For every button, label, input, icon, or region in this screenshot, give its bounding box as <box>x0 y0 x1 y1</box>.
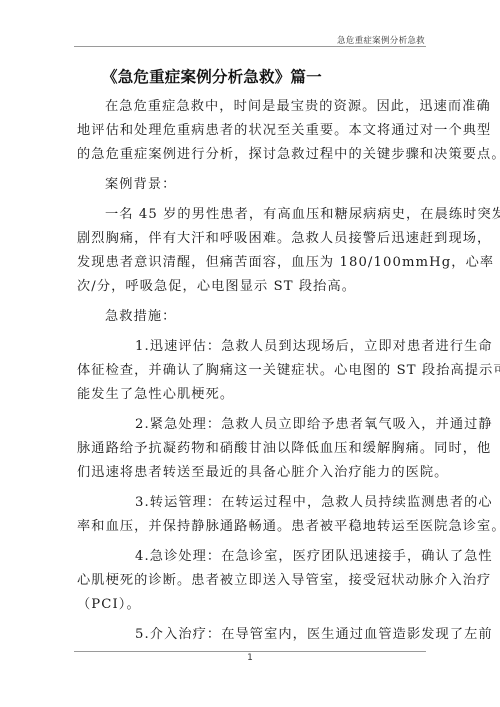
text-line: 率和血压，并保持静脉通路畅通。患者被平稳地转运至医院急诊室。 <box>77 515 427 539</box>
text-line: 体征检查，并确认了胸痛这一关键症状。心电图的 ST 段抬高提示可 <box>77 359 427 383</box>
list-item-5: 5.介入治疗：在导管室内，医生通过血管造影发现了左前 <box>77 623 427 647</box>
section-heading-measures: 急救措施： <box>77 305 427 329</box>
footer-divider <box>74 651 426 652</box>
section-heading-case-background: 案例背景： <box>77 173 427 197</box>
text-line: 一名 45 岁的男性患者，有高血压和糖尿病病史，在晨练时突发 <box>77 203 427 227</box>
text-line: 案例背景： <box>77 173 427 197</box>
running-header: 急危重症案例分析急救 <box>337 34 425 46</box>
text-line: 脉通路给予抗凝药物和硝酸甘油以降低血压和缓解胸痛。同时，他 <box>77 437 427 461</box>
header-divider <box>74 46 426 47</box>
document-page: 急危重症案例分析急救 《急危重症案例分析急救》篇一 在急危重症急救中，时间是最宝… <box>0 0 500 707</box>
text-line: 4.急诊处理：在急诊室，医疗团队迅速接手，确认了急性 <box>77 545 427 569</box>
document-body: 在急危重症急救中，时间是最宝贵的资源。因此，迅速而准确 地评估和处理危重病患者的… <box>77 95 427 653</box>
text-line: 们迅速将患者转送至最近的具备心脏介入治疗能力的医院。 <box>77 461 427 485</box>
text-line: 3.转运管理：在转运过程中，急救人员持续监测患者的心 <box>77 491 427 515</box>
text-line: 剧烈胸痛，伴有大汗和呼吸困难。急救人员接警后迅速赶到现场， <box>77 227 427 251</box>
paragraph-intro: 在急危重症急救中，时间是最宝贵的资源。因此，迅速而准确 地评估和处理危重病患者的… <box>77 95 427 167</box>
list-item-4: 4.急诊处理：在急诊室，医疗团队迅速接手，确认了急性 心肌梗死的诊断。患者被立即… <box>77 545 427 617</box>
list-item-1: 1.迅速评估：急救人员到达现场后，立即对患者进行生命 体征检查，并确认了胸痛这一… <box>77 335 427 407</box>
text-line: 急救措施： <box>77 305 427 329</box>
text-line: 能发生了急性心肌梗死。 <box>77 383 427 407</box>
text-line: 发现患者意识清醒，但痛苦面容，血压为 180/100mmHg，心率 110 <box>77 251 427 275</box>
list-item-3: 3.转运管理：在转运过程中，急救人员持续监测患者的心 率和血压，并保持静脉通路畅… <box>77 491 427 539</box>
text-line: 心肌梗死的诊断。患者被立即送入导管室，接受冠状动脉介入治疗 <box>77 569 427 593</box>
text-line: 在急危重症急救中，时间是最宝贵的资源。因此，迅速而准确 <box>77 95 427 119</box>
text-line: 1.迅速评估：急救人员到达现场后，立即对患者进行生命 <box>77 335 427 359</box>
list-item-2: 2.紧急处理：急救人员立即给予患者氧气吸入，并通过静 脉通路给予抗凝药物和硝酸甘… <box>77 413 427 485</box>
text-line: 的急危重症案例进行分析，探讨急救过程中的关键步骤和决策要点。 <box>77 143 427 167</box>
document-title: 《急危重症案例分析急救》篇一 <box>102 65 322 87</box>
text-line: 5.介入治疗：在导管室内，医生通过血管造影发现了左前 <box>77 623 427 647</box>
text-line: 次/分，呼吸急促，心电图显示 ST 段抬高。 <box>77 275 427 299</box>
text-line: 地评估和处理危重病患者的状况至关重要。本文将通过对一个典型 <box>77 119 427 143</box>
page-number: 1 <box>0 653 500 663</box>
text-line: （PCI）。 <box>77 593 427 617</box>
paragraph-case-background: 一名 45 岁的男性患者，有高血压和糖尿病病史，在晨练时突发 剧烈胸痛，伴有大汗… <box>77 203 427 299</box>
text-line: 2.紧急处理：急救人员立即给予患者氧气吸入，并通过静 <box>77 413 427 437</box>
